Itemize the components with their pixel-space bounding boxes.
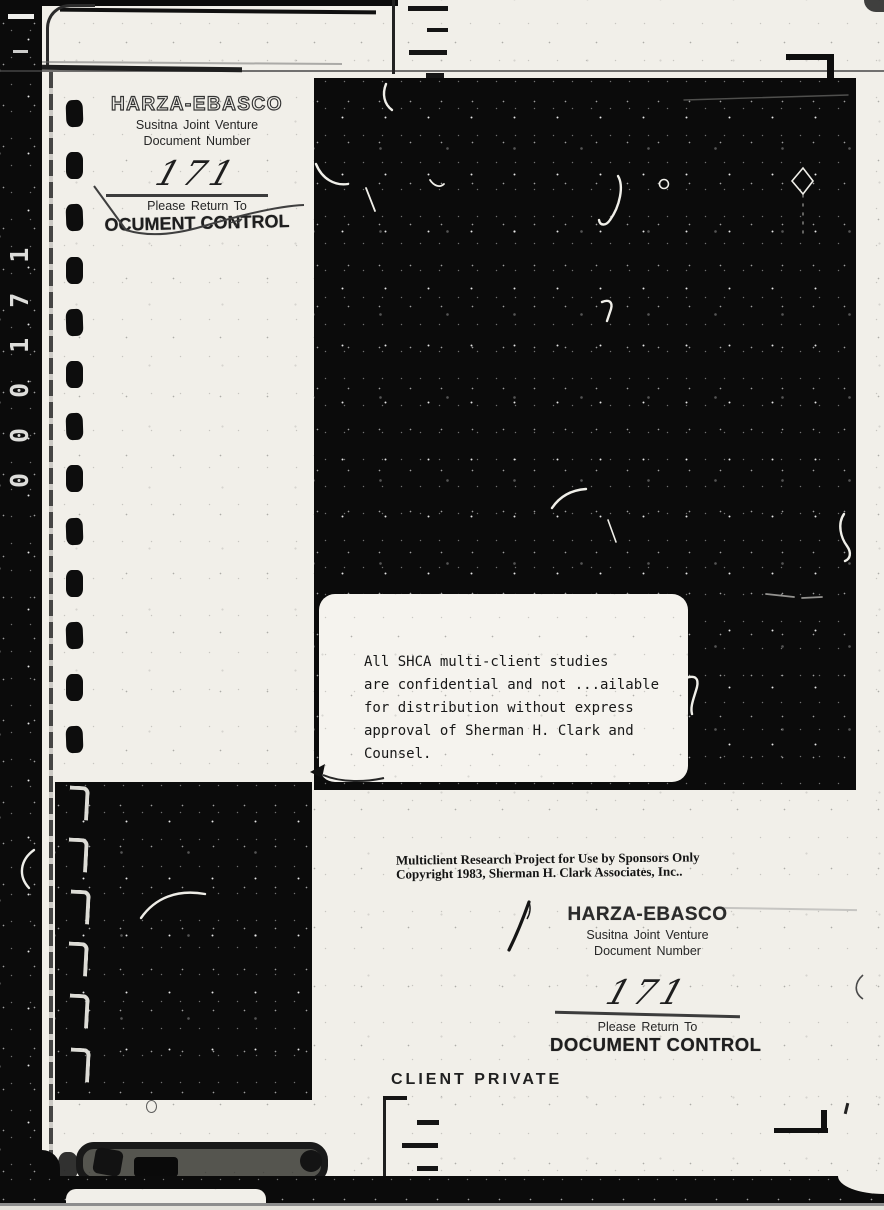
scan-black-region-lower-left — [55, 782, 312, 1100]
registration-mark — [417, 1166, 438, 1171]
registration-mark — [409, 50, 447, 55]
binding-hole — [66, 309, 84, 337]
registration-mark — [383, 1096, 407, 1100]
binder-clip-end — [300, 1150, 322, 1172]
registration-mark — [408, 6, 448, 11]
note-line: All SHCA multi-client studies — [364, 651, 659, 674]
note-line: are confidential and not ...ailable — [364, 674, 659, 697]
stamp-return-line1: Please Return To — [550, 1020, 745, 1034]
handwritten-document-number: 171 — [544, 974, 751, 1012]
registration-mark — [427, 28, 448, 32]
binding-hole — [66, 100, 84, 128]
document-control-stamp-bottom: HARZA-EBASCO Susitna Joint Venture Docum… — [550, 904, 745, 1056]
scanned-page: 000171 HARZA-EBASCO Susitna Joint Ven — [0, 0, 884, 1210]
registration-vline — [392, 0, 395, 74]
stray-arc-mark — [850, 972, 866, 1002]
corner-smudge — [864, 0, 884, 12]
copyright-block: Multiclient Research Project for Use by … — [396, 850, 700, 881]
confidentiality-card: All SHCA multi-client studies are confid… — [319, 594, 688, 782]
stamp-field-label: Document Number — [98, 134, 296, 148]
registration-mark — [402, 1143, 438, 1148]
paper-corner-outline — [46, 4, 95, 65]
scan-line — [0, 1206, 884, 1210]
card-corner-mark — [304, 760, 388, 786]
corner-bracket-top-right — [827, 54, 834, 81]
stamp-subtitle: Susitna Joint Venture — [550, 928, 745, 942]
binding-hole — [66, 361, 83, 388]
binding-hole — [66, 518, 84, 546]
copyright-line2: Copyright 1983, Sherman H. Clark Associa… — [396, 864, 700, 881]
film-edge-dash — [13, 50, 28, 53]
binding-hole-outline — [67, 941, 89, 976]
scan-artifact-bar — [60, 8, 376, 15]
corner-bracket-bottom-right — [774, 1128, 828, 1133]
binding-hole-outline — [68, 785, 90, 820]
film-edge-number: 000171 — [5, 58, 34, 488]
classification-marking: CLIENT PRIVATE — [391, 1071, 562, 1089]
page-edge-line — [49, 72, 53, 1184]
note-line: Counsel. — [364, 743, 659, 766]
corner-bracket-bottom-right — [821, 1110, 827, 1133]
stamp-brand: HARZA-EBASCO — [98, 94, 296, 116]
binding-hole — [66, 570, 83, 597]
confidentiality-text: All SHCA multi-client studies are confid… — [364, 651, 659, 766]
film-edge-dash — [8, 14, 34, 19]
scratch-mark — [12, 846, 40, 892]
stamp-return-line2: DOCUMENT CONTROL — [550, 1034, 745, 1056]
binding-hole-outline — [67, 837, 89, 872]
binder-clip-block — [134, 1157, 178, 1177]
binding-hole — [66, 413, 84, 441]
binding-hole — [66, 465, 83, 492]
binding-hole — [66, 674, 83, 701]
binding-hole — [66, 622, 84, 650]
stamp-brand: HARZA-EBASCO — [550, 904, 745, 926]
stray-ring-mark — [146, 1100, 157, 1113]
stamp-field-label: Document Number — [550, 944, 745, 958]
binding-hole — [66, 726, 84, 754]
binder-clip-chunk — [92, 1147, 124, 1177]
stamp-subtitle: Susitna Joint Venture — [98, 118, 296, 132]
corner-tick — [844, 1103, 850, 1114]
stamp-label-outline — [82, 182, 312, 238]
binding-hole-outline — [69, 1048, 91, 1083]
binding-hole — [66, 204, 84, 232]
binding-hole — [66, 257, 83, 284]
binding-hole-outline — [69, 889, 91, 924]
binding-hole-outline — [68, 993, 90, 1028]
registration-vline — [383, 1096, 386, 1180]
registration-mark — [417, 1120, 439, 1125]
scratch-mark — [137, 886, 211, 926]
binding-hole — [66, 152, 83, 179]
note-line: for distribution without express — [364, 697, 659, 720]
film-edge-strip: 000171 — [0, 0, 42, 1210]
note-line: approval of Sherman H. Clark and — [364, 720, 659, 743]
pen-mark — [504, 899, 534, 953]
